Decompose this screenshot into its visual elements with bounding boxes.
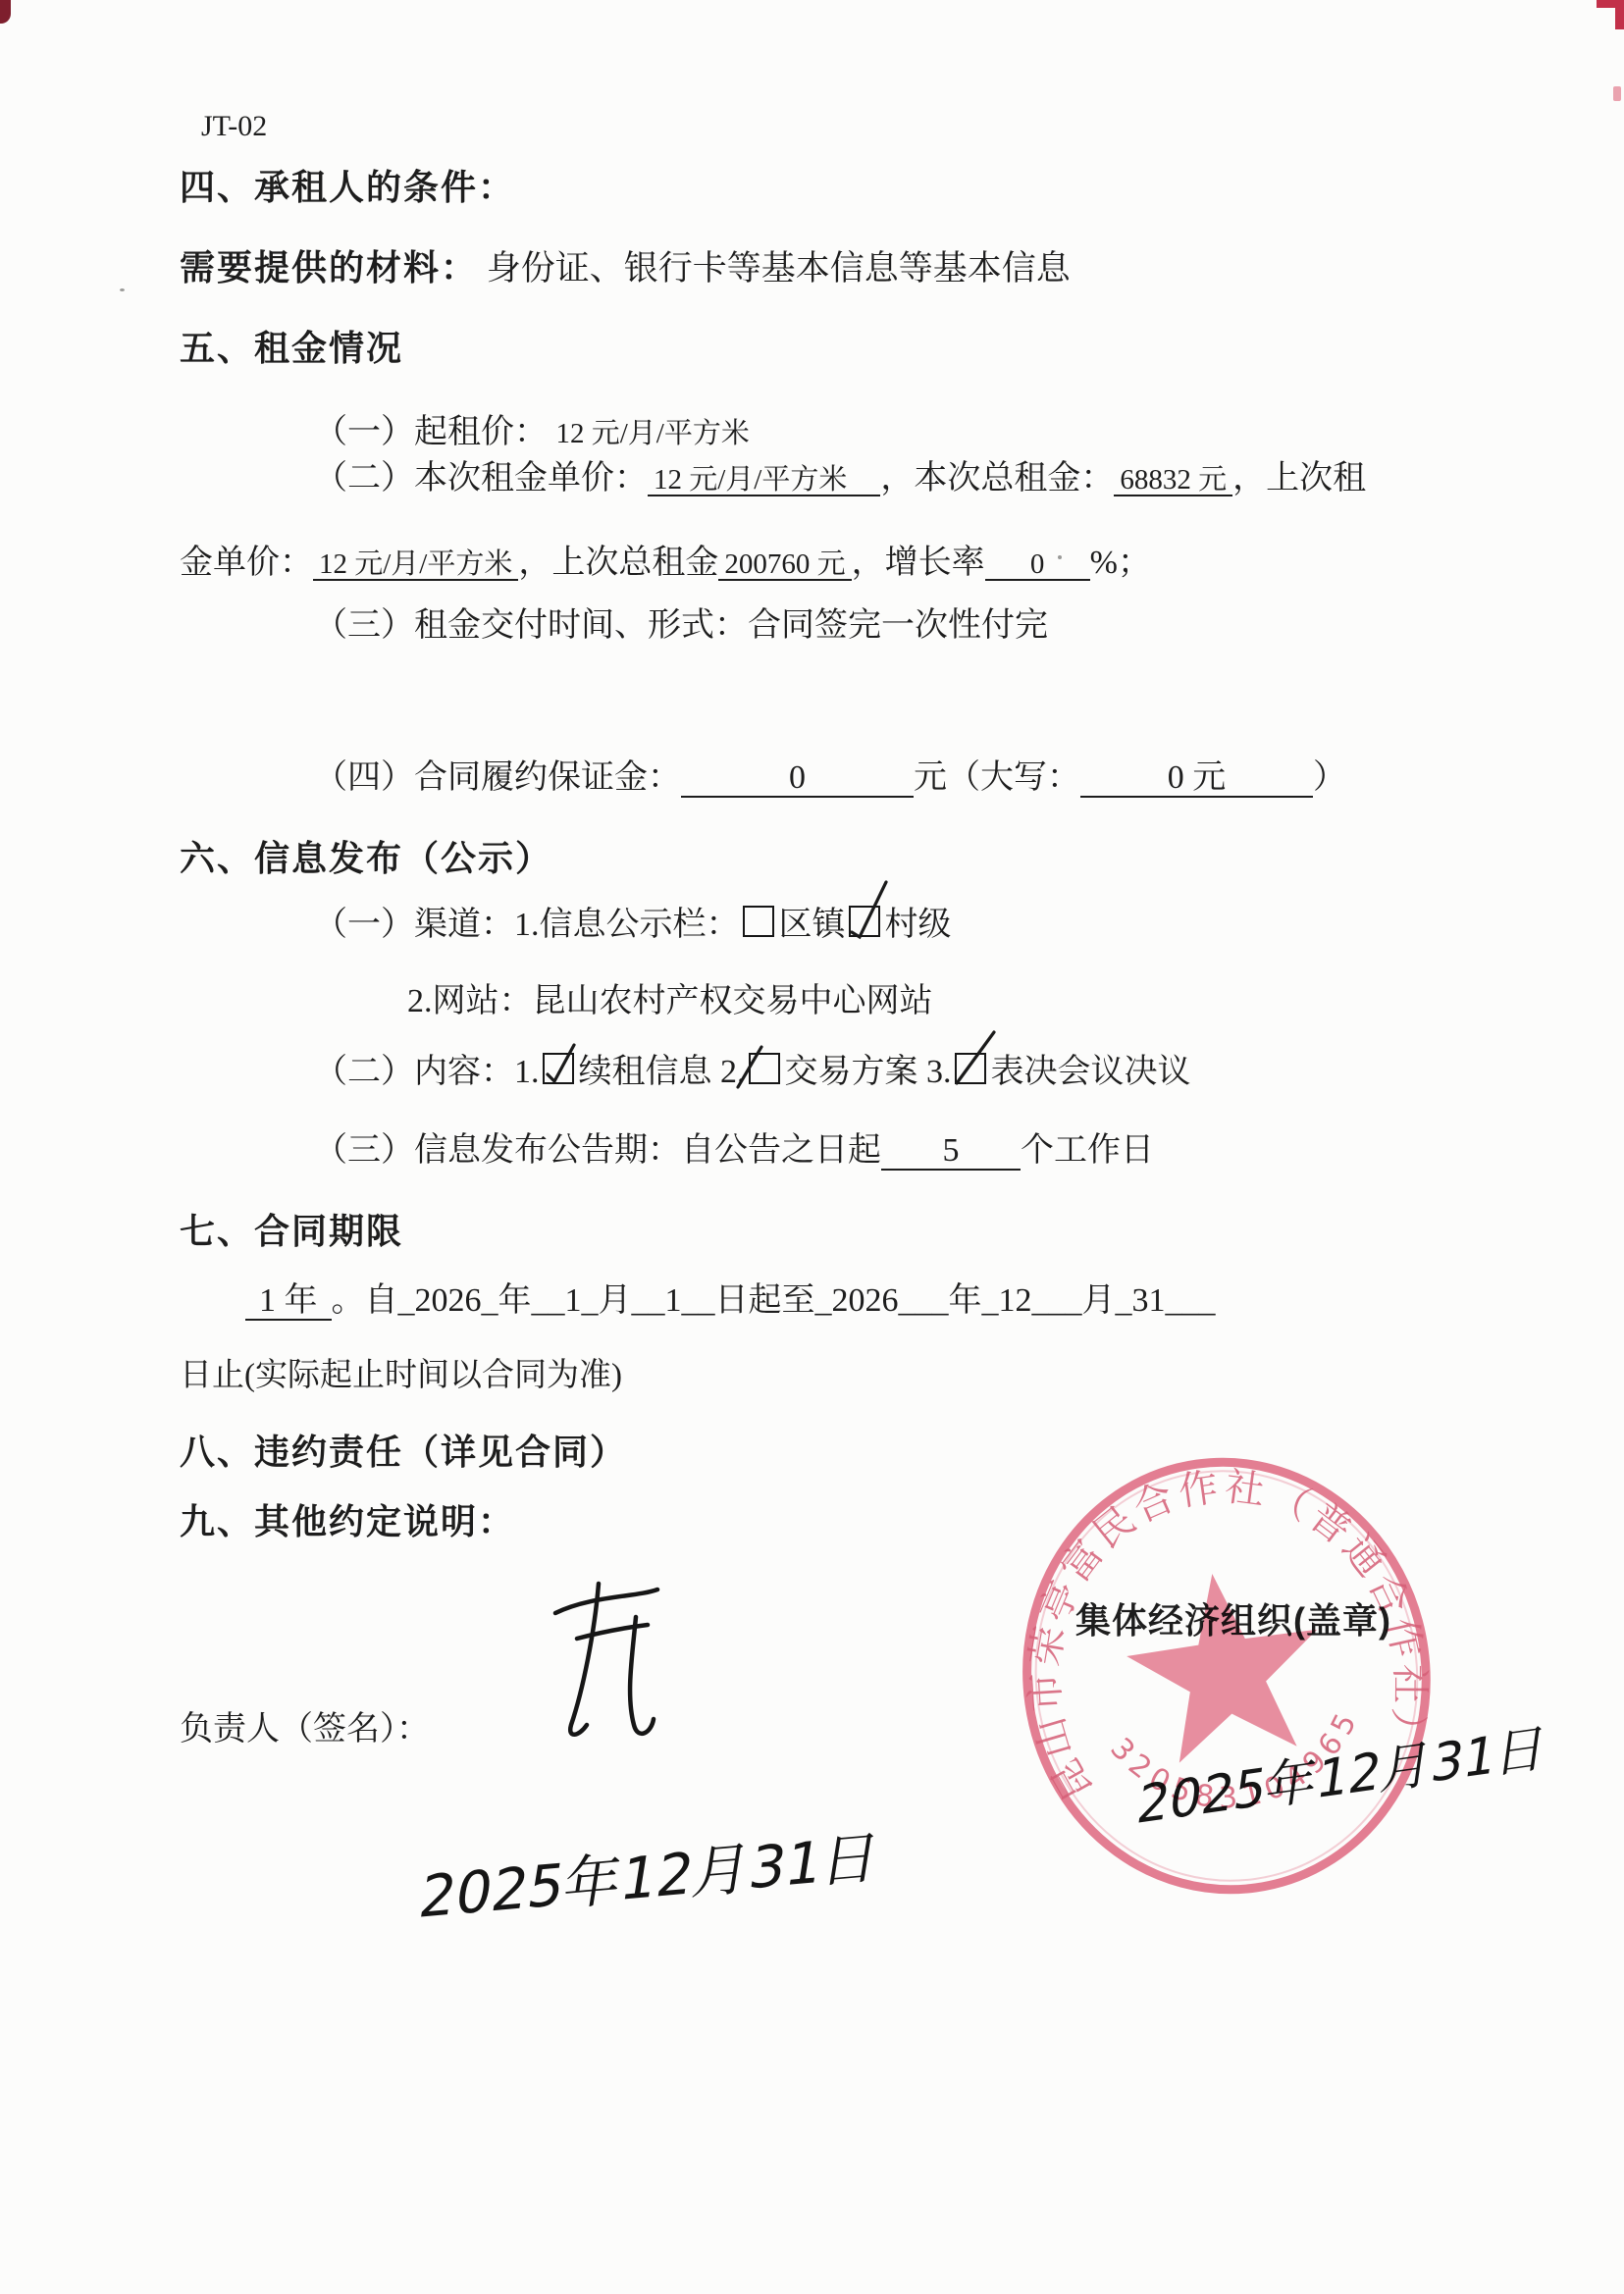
content-line: （二）内容：1.续租信息 2.交易方案 3.表决会议决议 <box>314 1052 1191 1094</box>
checkbox-trade-plan <box>749 1053 780 1084</box>
section-6-title: 六、信息发布（公示） <box>180 836 552 880</box>
section-4-title: 四、承租人的条件： <box>180 165 515 209</box>
deposit-label: （四）合同履约保证金： <box>314 759 681 796</box>
content-label: （二）内容：1. <box>314 1054 540 1090</box>
materials-line: 需要提供的材料： 身份证、银行卡等基本信息等基本信息 <box>180 245 1071 290</box>
scan-artifact-top-left <box>0 0 11 24</box>
rent-prev-carry: ，上次租 <box>1232 460 1366 496</box>
checkbox-village-checked <box>849 906 880 937</box>
handwritten-signature <box>538 1578 685 1774</box>
check-mark-icon <box>852 882 886 937</box>
rent-start-price-value: 12 元/月/平方米 <box>556 418 750 449</box>
prev-unit-price-label: 金单价： <box>180 545 313 581</box>
contract-term-line: 1 年。自_2026_年__1_月__1__日起至_2026___年_12___… <box>245 1280 1216 1323</box>
announcement-period-label: （三）信息发布公告期：自公告之日起 <box>314 1132 881 1169</box>
signer-label: 负责人（签名）： <box>180 1709 430 1751</box>
deposit-words-label: 元（大写： <box>914 759 1080 796</box>
prev-unit-price-value: 12 元/月/平方米 <box>313 549 518 581</box>
deposit-words-value: 0 元 <box>1080 760 1313 798</box>
scan-artifact-top-right-2 <box>1615 0 1624 29</box>
rent-total-label: ，本次总租金： <box>880 460 1114 496</box>
payment-terms-line: （三）租金交付时间、形式：合同签完一次性付完 <box>314 605 1048 648</box>
section-9-title: 九、其他约定说明： <box>180 1499 515 1543</box>
growth-rate-label: ，增长率 <box>852 545 985 581</box>
rent-start-price-label: （一）起租价： <box>314 414 548 450</box>
checkbox-district-town-unchecked <box>743 906 774 937</box>
deposit-line: （四）合同履约保证金：0元（大写：0 元） <box>314 757 1346 800</box>
form-code: JT-02 <box>201 108 267 145</box>
rent-unit-price-label: （二）本次租金单价： <box>314 460 648 496</box>
checkbox-vote-resolution <box>955 1053 986 1084</box>
content-number-3: 3. <box>926 1054 952 1090</box>
rent-unit-price-value: 12 元/月/平方米 <box>648 465 880 496</box>
announcement-period-unit: 个工作日 <box>1021 1132 1154 1169</box>
prev-total-value: 200760 元 <box>718 549 851 581</box>
stamp-number: 320583104965 <box>1101 1698 1378 1833</box>
deposit-close-paren: ） <box>1313 759 1346 796</box>
signature-date-handwritten: 2025年12月31日 <box>414 1810 886 1934</box>
channel-line: （一）渠道：1.信息公示栏：区镇村级 <box>314 905 952 947</box>
option-renewal-info: 续租信息 <box>579 1054 712 1090</box>
rent-unit-price-line: （二）本次租金单价：12 元/月/平方米，本次总租金：68832 元，上次租 <box>314 458 1366 500</box>
option-trade-plan: 交易方案 <box>785 1054 918 1090</box>
scan-speck <box>120 288 125 291</box>
section-8-title: 八、违约责任（详见合同） <box>180 1430 627 1474</box>
scanned-form-page: JT-02 四、承租人的条件： 需要提供的材料： 身份证、银行卡等基本信息等基本… <box>0 0 1624 2294</box>
contract-term-years: 1 年 <box>245 1283 332 1321</box>
materials-value: 身份证、银行卡等基本信息等基本信息 <box>487 249 1071 287</box>
option-village: 村级 <box>885 907 952 943</box>
stamp-star-icon <box>1117 1560 1333 1767</box>
contract-term-note: 日止(实际起止时间以合同为准) <box>180 1356 622 1396</box>
announcement-period-value: 5 <box>881 1133 1021 1171</box>
announcement-period-line: （三）信息发布公告期：自公告之日起5个工作日 <box>314 1130 1154 1173</box>
website-line: 2.网站：昆山农村产权交易中心网站 <box>407 981 933 1023</box>
option-vote-resolution: 表决会议决议 <box>991 1054 1191 1090</box>
rent-total-value: 68832 元 <box>1114 465 1232 496</box>
growth-rate-unit: %； <box>1090 545 1151 581</box>
option-district-town: 区镇 <box>779 907 846 943</box>
growth-rate-value: 0 <box>985 549 1090 581</box>
deposit-value: 0 <box>681 760 914 798</box>
scan-artifact-right-edge <box>1613 86 1621 101</box>
channel-label: （一）渠道：1.信息公示栏： <box>314 907 740 943</box>
materials-label: 需要提供的材料： <box>180 247 478 287</box>
rent-start-price-line: （一）起租价： 12 元/月/平方米 <box>314 412 750 454</box>
checkbox-renewal-info-checked <box>543 1053 574 1084</box>
check-slash-icon <box>957 1032 994 1083</box>
prev-total-label: ，上次总租金 <box>518 545 718 581</box>
red-official-stamp: 昆山市荣亭富民合作社（普通合作社） 320583104965 <box>981 1421 1472 1933</box>
contract-term-dates: 。自_2026_年__1_月__1__日起至_2026___年_12___月_3… <box>332 1282 1216 1319</box>
rent-previous-line: 金单价：12 元/月/平方米，上次总租金200760 元，增长率0%； <box>180 543 1151 585</box>
check-mark-icon <box>548 1045 574 1081</box>
section-7-title: 七、合同期限 <box>180 1209 403 1253</box>
content-number-2: 2. <box>720 1054 746 1090</box>
section-5-title: 五、租金情况 <box>180 326 403 370</box>
